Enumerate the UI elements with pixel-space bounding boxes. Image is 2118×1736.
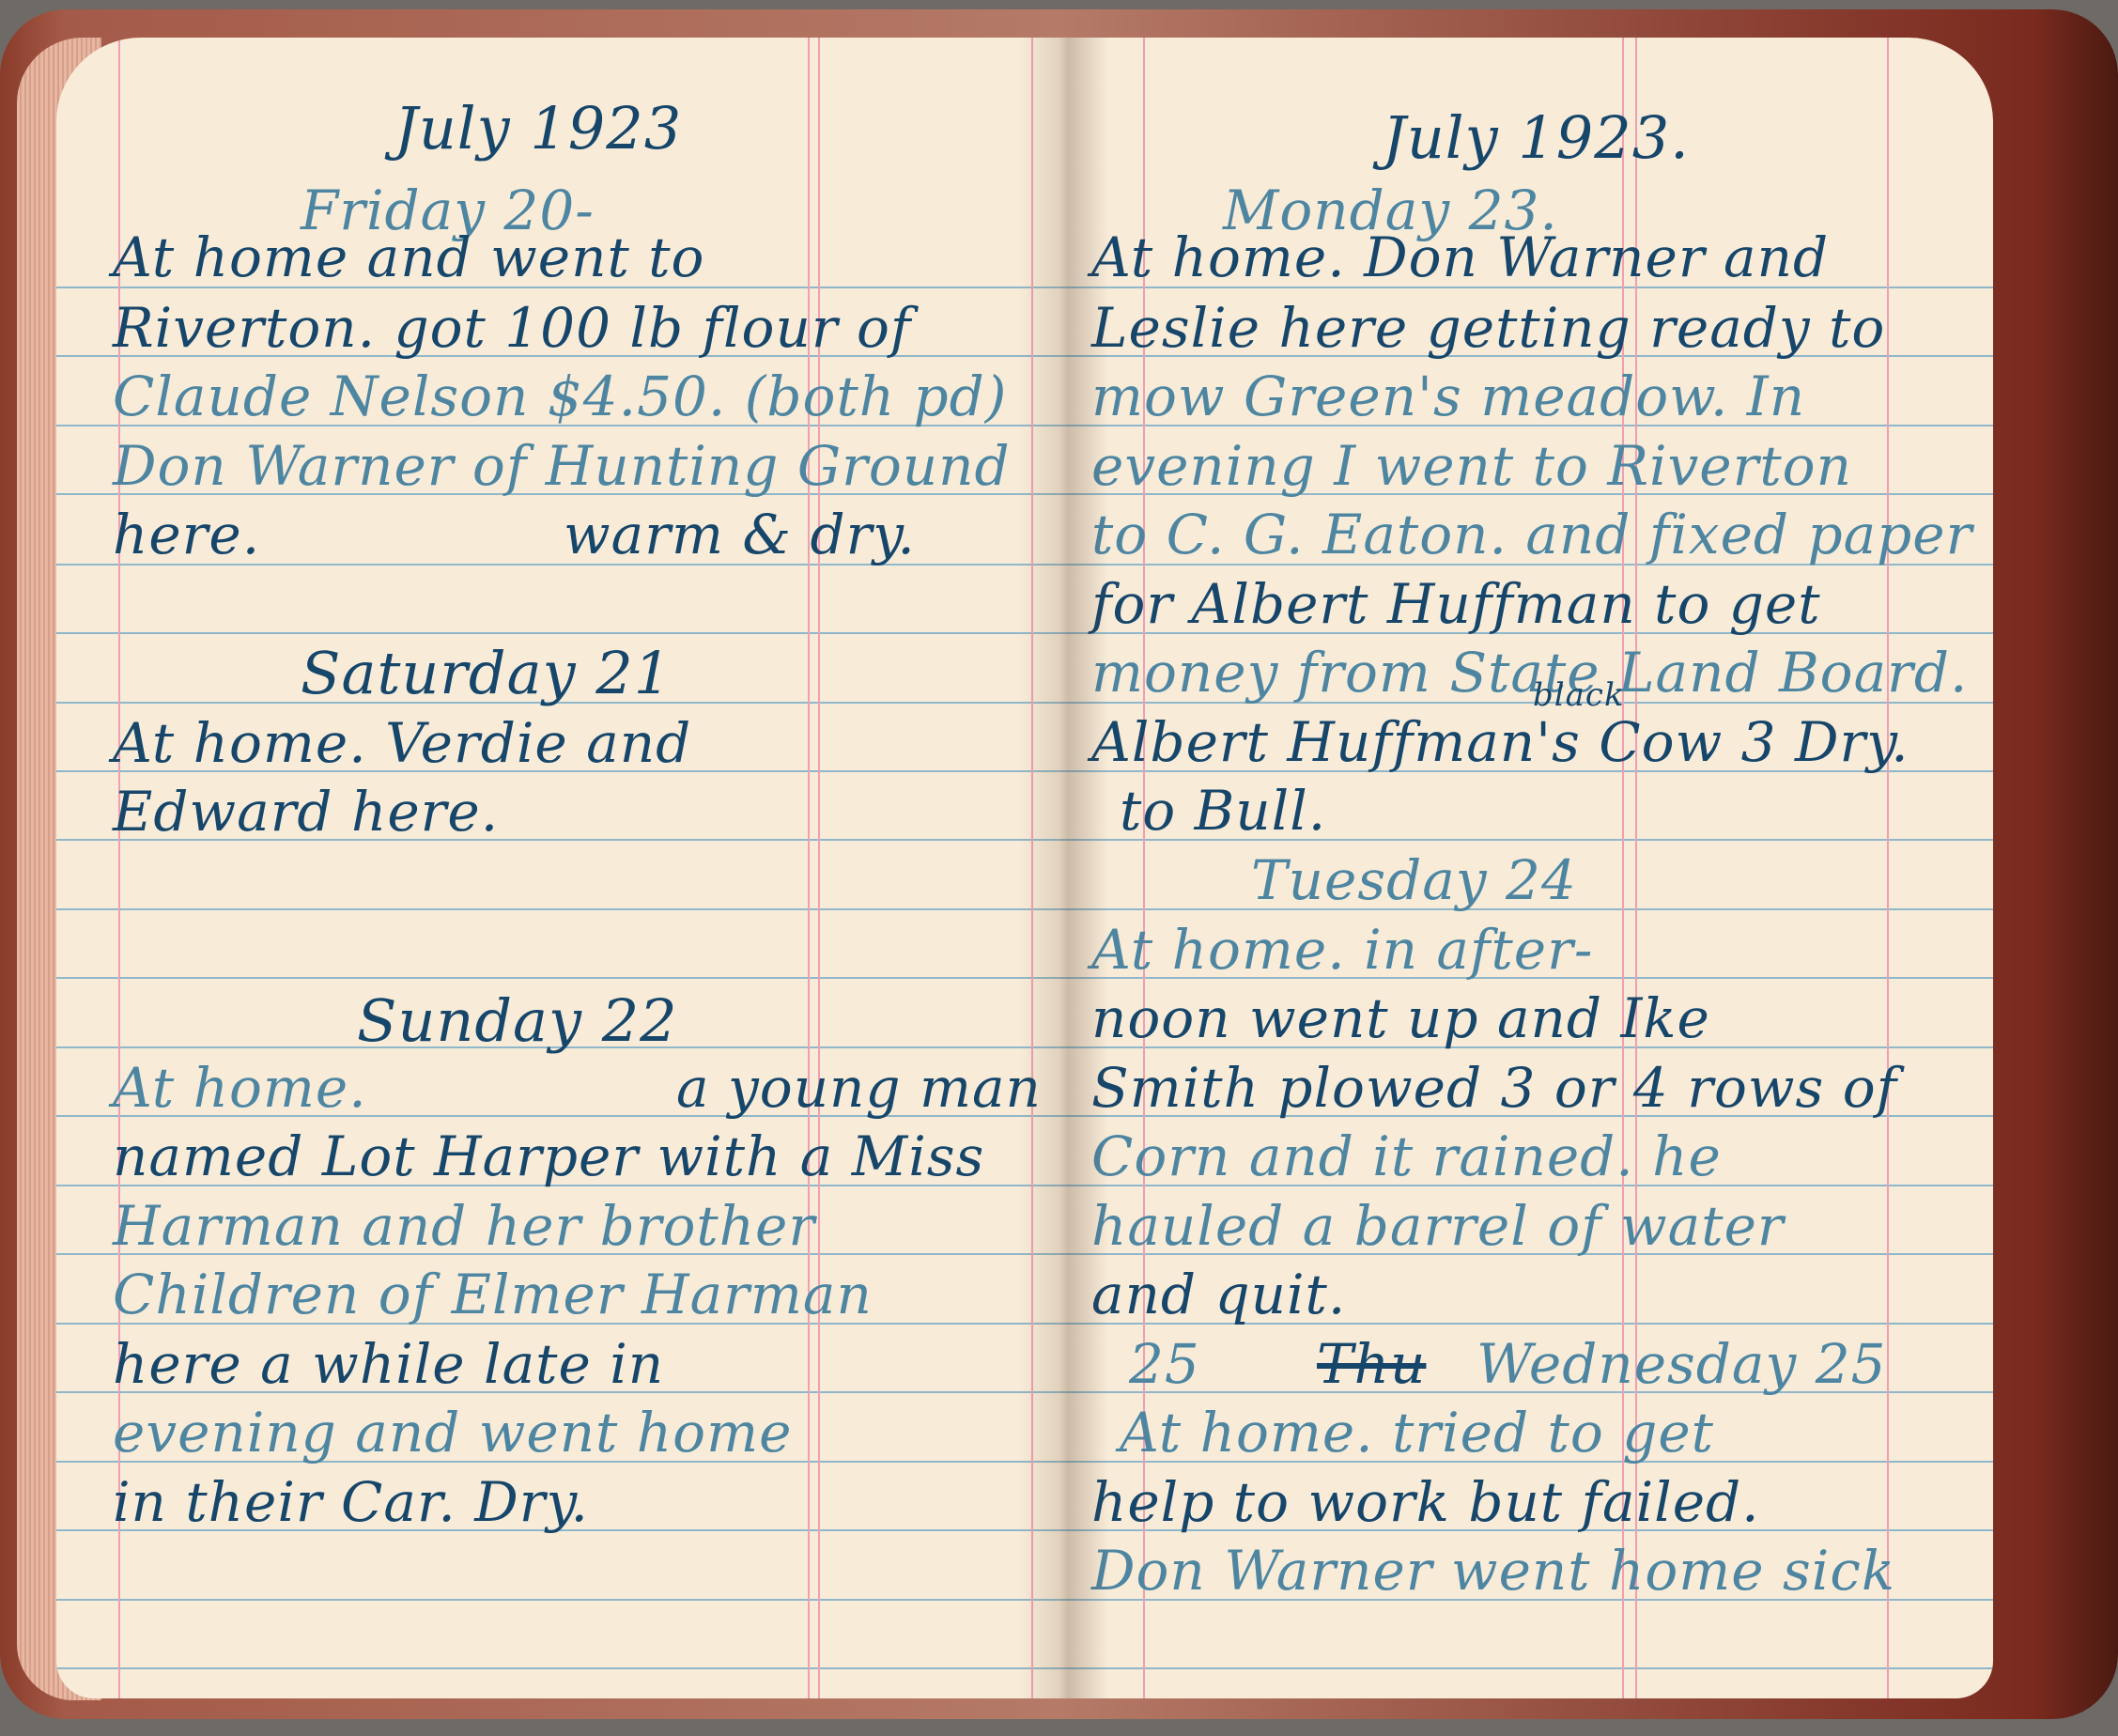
ruled-line — [56, 1667, 1063, 1669]
entry-line: At home. Verdie and — [113, 711, 691, 775]
entry-line: At home and went to — [113, 225, 704, 289]
entry-line: Leslie here getting ready to — [1091, 296, 1885, 360]
page-header: July 1923. — [1383, 103, 1690, 172]
ruled-line — [56, 632, 1063, 634]
entry-line: noon went up and Ike — [1091, 986, 1710, 1050]
entry-line: At home. Don Warner and — [1091, 225, 1829, 289]
ruled-line — [56, 908, 1063, 910]
entry-line: At home. in after- — [1091, 918, 1593, 982]
day-prefix: 25 — [1129, 1332, 1200, 1396]
margin-line — [1031, 38, 1033, 1698]
margin-line — [818, 38, 820, 1698]
entry-line: mow Green's meadow. In — [1091, 364, 1805, 428]
entry-line: Don Warner of Hunting Ground — [113, 434, 1011, 498]
entry-line: in their Car. Dry. — [113, 1470, 589, 1534]
entry-line: At home. — [113, 1056, 367, 1120]
entry-line: hauled a barrel of water — [1091, 1194, 1785, 1258]
entry-line: Smith plowed 3 or 4 rows of — [1091, 1056, 1897, 1120]
left-page: July 1923 Friday 20- At home and went to… — [56, 38, 1063, 1698]
entry-line: Children of Elmer Harman — [113, 1263, 873, 1326]
entry-line: Corn and it rained. he — [1091, 1124, 1722, 1188]
page-header: July 1923 — [394, 94, 682, 163]
ruled-line — [56, 1599, 1063, 1601]
struck-word: Thu — [1317, 1332, 1426, 1396]
entry-line: Don Warner went home sick — [1091, 1539, 1895, 1603]
entry-line: for Albert Huffman to get — [1091, 572, 1821, 636]
ruled-line — [56, 977, 1063, 979]
entry-line: Claude Nelson $4.50. (both pd) — [113, 364, 1007, 428]
entry-line: money from State Land Board. — [1091, 641, 1968, 705]
entry-line: help to work but failed. — [1091, 1470, 1760, 1534]
margin-line — [808, 38, 810, 1698]
entry-line: Riverton. got 100 lb flour of — [113, 296, 911, 360]
entry-line: and quit. — [1091, 1263, 1346, 1326]
margin-line — [1887, 38, 1889, 1698]
entry-line: Harman and her brother — [113, 1194, 815, 1258]
entry-line: Albert Huffman's Cow 3 Dry. — [1091, 710, 1909, 774]
entry-line: Edward here. — [113, 780, 499, 844]
day-heading: Saturday 21 — [301, 639, 672, 707]
day-heading: Wednesday 25 — [1476, 1332, 1887, 1396]
entry-line: to Bull. — [1120, 779, 1326, 843]
entry-line: a young man — [676, 1056, 1042, 1120]
interlinear-note: black — [1533, 676, 1625, 714]
entry-line: evening and went home — [113, 1401, 792, 1465]
entry-line: to C. G. Eaton. and fixed paper — [1091, 503, 1972, 566]
entry-line: evening I went to Riverton — [1091, 434, 1852, 498]
ruled-line — [1063, 1667, 1993, 1669]
entry-line: here. — [113, 503, 260, 566]
weather-note: warm & dry. — [564, 503, 916, 566]
day-heading: Sunday 22 — [357, 986, 678, 1055]
right-page: July 1923. Monday 23. At home. Don Warne… — [1063, 38, 1993, 1698]
entry-line: At home. tried to get — [1120, 1401, 1714, 1465]
entry-line: here a while late in — [113, 1332, 664, 1396]
day-heading: Tuesday 24 — [1251, 848, 1577, 912]
entry-line: named Lot Harper with a Miss — [113, 1124, 984, 1188]
